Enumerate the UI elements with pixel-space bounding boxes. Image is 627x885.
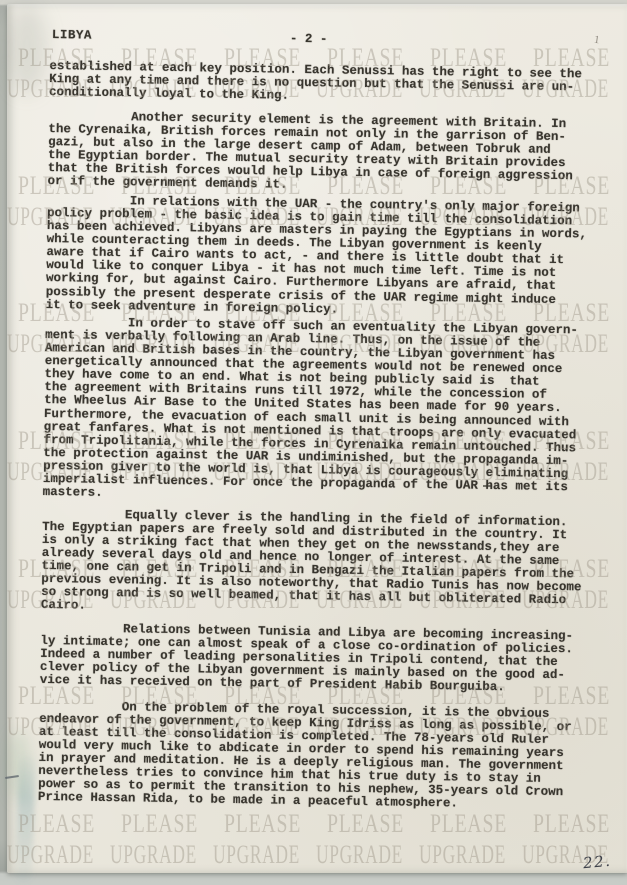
- document-title: LIBYA: [52, 28, 92, 43]
- paragraph: On the problem of the royal succession, …: [38, 700, 588, 813]
- green-smudge-stain: [8, 730, 30, 802]
- paragraph: Relations between Tunisia and Libya are …: [40, 622, 589, 696]
- corner-shadow-stain: [7, 4, 47, 94]
- insertion-caret-mark: ˆ: [233, 351, 238, 360]
- page-number: - 2 -: [290, 32, 328, 47]
- insertion-caret-mark: ˆ: [238, 364, 243, 373]
- paragraph: Another security element is the agreemen…: [47, 110, 596, 197]
- typewriter-text-layer: LIBYA - 2 - established at each key posi…: [38, 28, 598, 813]
- teal-streak-stain: [15, 754, 36, 883]
- handwritten-page-number: 22.: [582, 852, 612, 872]
- stray-ink-dash: [483, 485, 492, 487]
- scanned-document-page: LIBYA - 2 - established at each key posi…: [0, 0, 627, 885]
- paragraph: In order to stave off such an eventualit…: [43, 316, 594, 508]
- paragraph: In relations with the UAR - the country'…: [46, 194, 596, 320]
- paragraph: Equally clever is the handling in the fi…: [41, 508, 591, 621]
- document-body: established at each key position. Each S…: [38, 60, 598, 813]
